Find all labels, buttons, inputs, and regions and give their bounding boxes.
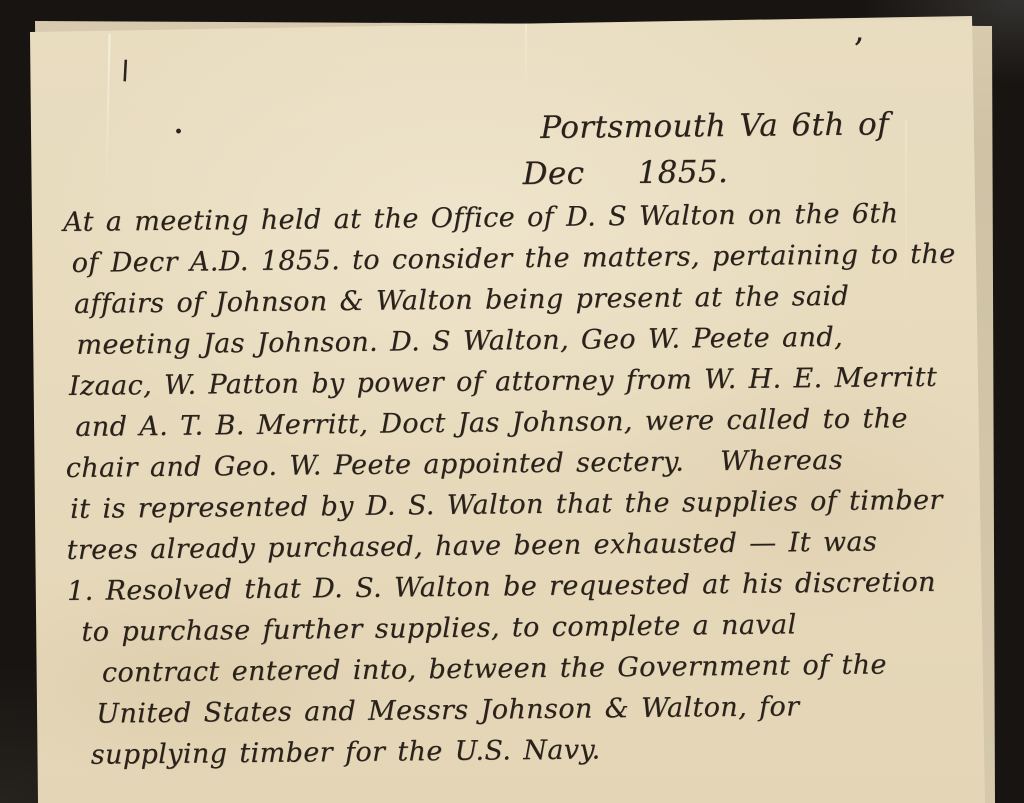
dateline-place: Portsmouth Va 6th of	[540, 100, 974, 151]
handwritten-text-block: Portsmouth Va 6th of Dec 1855. At a meet…	[62, 100, 981, 776]
paper-crease	[525, 20, 527, 90]
pen-tick-mark-right: ’	[850, 34, 864, 69]
pen-tick-mark-left: |	[120, 58, 130, 80]
manuscript-page: | ’ . Portsmouth Va 6th of Dec 1855. At …	[0, 0, 1024, 803]
dateline-date: Dec 1855.	[522, 146, 974, 197]
scanned-document-viewport: | ’ . Portsmouth Va 6th of Dec 1855. At …	[0, 0, 1024, 803]
manuscript-line: supplying timber for the U.S. Navy.	[91, 725, 981, 775]
